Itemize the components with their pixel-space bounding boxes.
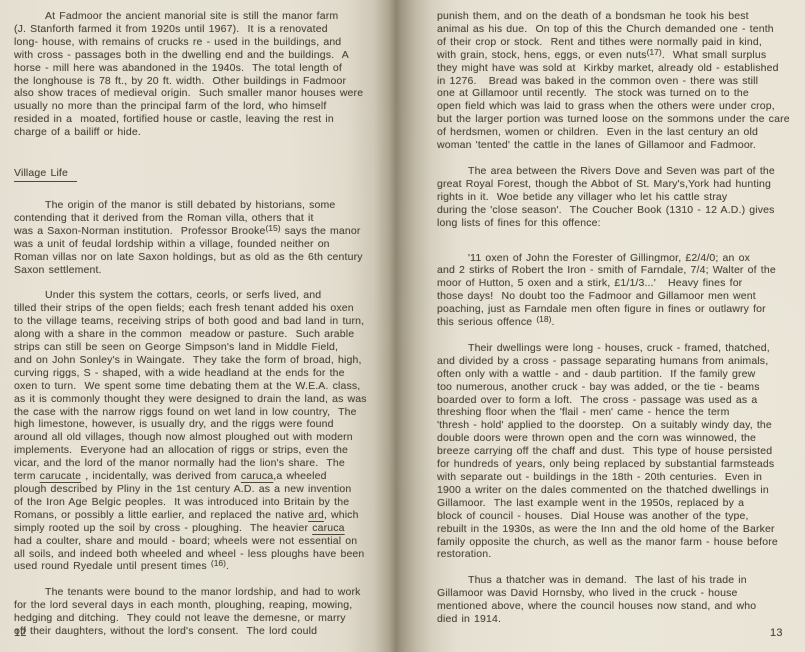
page-number-left: 12	[14, 627, 27, 639]
book-spread: At Fadmoor the ancient manorial site is …	[0, 0, 805, 652]
right-page: punish them, and on the death of a bonds…	[437, 10, 799, 639]
page-number-right: 13	[770, 627, 783, 639]
paragraph: punish them, and on the death of a bonds…	[437, 10, 799, 152]
paragraph: Under this system the cottars, ceorls, o…	[14, 289, 394, 573]
quote-paragraph: '11 oxen of John the Forester of Gilling…	[437, 252, 799, 329]
paragraph: Thus a thatcher was in demand. The last …	[437, 574, 799, 626]
paragraph: At Fadmoor the ancient manorial site is …	[14, 10, 394, 139]
left-page: At Fadmoor the ancient manorial site is …	[14, 10, 394, 651]
section-heading-wrap: Village Life	[14, 152, 394, 199]
paragraph: The origin of the manor is still debated…	[14, 199, 394, 276]
paragraph: The area between the Rivers Dove and Sev…	[437, 165, 799, 230]
paragraph: The tenants were bound to the manor lord…	[14, 586, 394, 638]
paragraph: Their dwellings were long - houses, cruc…	[437, 342, 799, 561]
section-heading: Village Life	[14, 167, 77, 182]
